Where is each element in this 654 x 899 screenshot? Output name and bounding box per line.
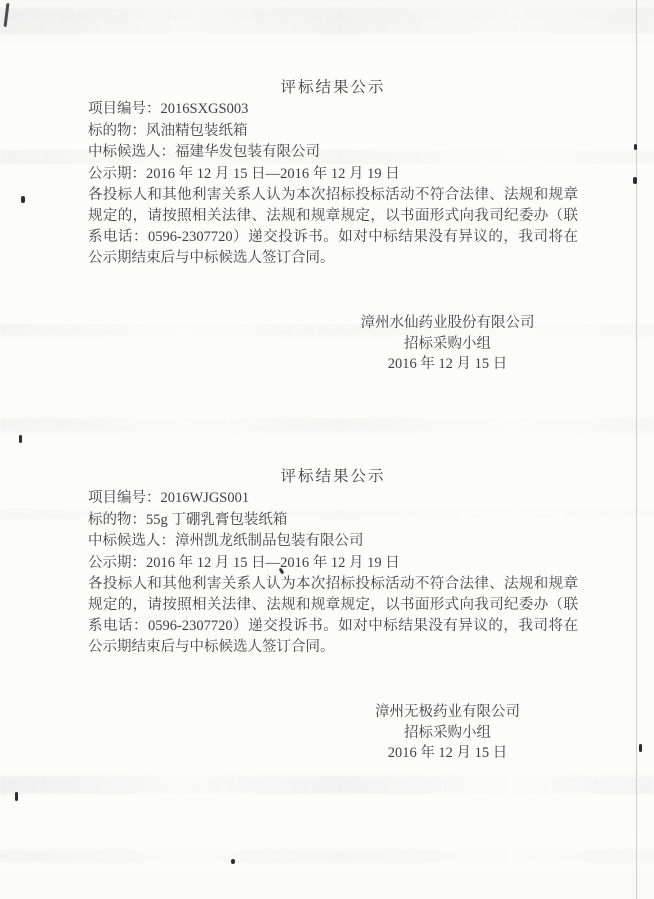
scan-speck (15, 792, 18, 801)
notice-paragraph: 各投标人和其他利害关系人认为本次招标投标活动不符合法律、法规和规章规定的，请按照… (88, 185, 578, 269)
scan-streak (0, 8, 654, 34)
signature-date: 2016 年 12 月 15 日 (340, 743, 555, 764)
project-number-line: 项目编号：2016SXGS003 (88, 99, 578, 121)
field-label: 标的物： (88, 512, 146, 528)
scan-speck (19, 435, 22, 443)
subject-line: 标的物：风油精包装纸箱 (88, 121, 578, 143)
field-value: 漳州凯龙纸制品包装有限公司 (175, 533, 364, 549)
announcement-title: 评标结果公示 (88, 75, 578, 99)
field-value: 风油精包装纸箱 (146, 123, 248, 139)
publicity-period-line: 公示期：2016 年 12 月 15 日—2016 年 12 月 19 日 (88, 164, 578, 186)
field-value: 2016WJGS001 (161, 490, 250, 506)
scan-speck (21, 196, 25, 203)
announcement-2: 评标结果公示 项目编号：2016WJGS001 标的物：55g 丁硼乳膏包装纸箱… (88, 464, 578, 764)
scan-speck (634, 144, 637, 150)
signature-block: 漳州无极药业有限公司 招标采购小组 2016 年 12 月 15 日 (340, 702, 555, 764)
scan-speck (231, 859, 235, 864)
winner-candidate-line: 中标候选人：福建华发包装有限公司 (88, 142, 578, 164)
scanned-document-page: 评标结果公示 项目编号：2016SXGS003 标的物：风油精包装纸箱 中标候选… (0, 0, 654, 899)
project-number-line: 项目编号：2016WJGS001 (88, 488, 578, 510)
signature-company: 漳州无极药业有限公司 (340, 702, 555, 723)
subject-line: 标的物：55g 丁硼乳膏包装纸箱 (88, 510, 578, 532)
field-value: 55g 丁硼乳膏包装纸箱 (146, 512, 287, 528)
scan-edge-line (636, 0, 637, 899)
signature-group: 招标采购小组 (340, 723, 555, 744)
announcement-1: 评标结果公示 项目编号：2016SXGS003 标的物：风油精包装纸箱 中标候选… (88, 75, 578, 375)
field-value: 2016 年 12 月 15 日—2016 年 12 月 19 日 (146, 166, 400, 182)
announcement-title: 评标结果公示 (88, 464, 578, 488)
scan-streak (0, 776, 654, 794)
field-label: 标的物： (88, 123, 146, 139)
field-label: 项目编号： (88, 101, 161, 117)
field-label: 中标候选人： (88, 533, 175, 549)
signature-date: 2016 年 12 月 15 日 (340, 354, 555, 375)
signature-company: 漳州水仙药业股份有限公司 (340, 313, 555, 334)
notice-paragraph: 各投标人和其他利害关系人认为本次招标投标活动不符合法律、法规和规章规定的，请按照… (88, 574, 578, 658)
signature-group: 招标采购小组 (340, 334, 555, 355)
scan-streak (0, 850, 654, 862)
scan-speck (633, 177, 637, 184)
field-label: 公示期： (88, 555, 146, 571)
publicity-period-line: 公示期：2016 年 12 月 15 日—2016 年 12 月 19 日 (88, 553, 578, 575)
field-value: 福建华发包装有限公司 (175, 144, 320, 160)
field-value: 2016 年 12 月 15 日—2016 年 12 月 19 日 (146, 555, 400, 571)
field-value: 2016SXGS003 (161, 101, 249, 117)
field-label: 公示期： (88, 166, 146, 182)
scan-streak (0, 418, 654, 432)
field-label: 项目编号： (88, 490, 161, 506)
signature-block: 漳州水仙药业股份有限公司 招标采购小组 2016 年 12 月 15 日 (340, 313, 555, 375)
field-label: 中标候选人： (88, 144, 175, 160)
winner-candidate-line: 中标候选人：漳州凯龙纸制品包装有限公司 (88, 531, 578, 553)
scan-speck (639, 744, 642, 752)
